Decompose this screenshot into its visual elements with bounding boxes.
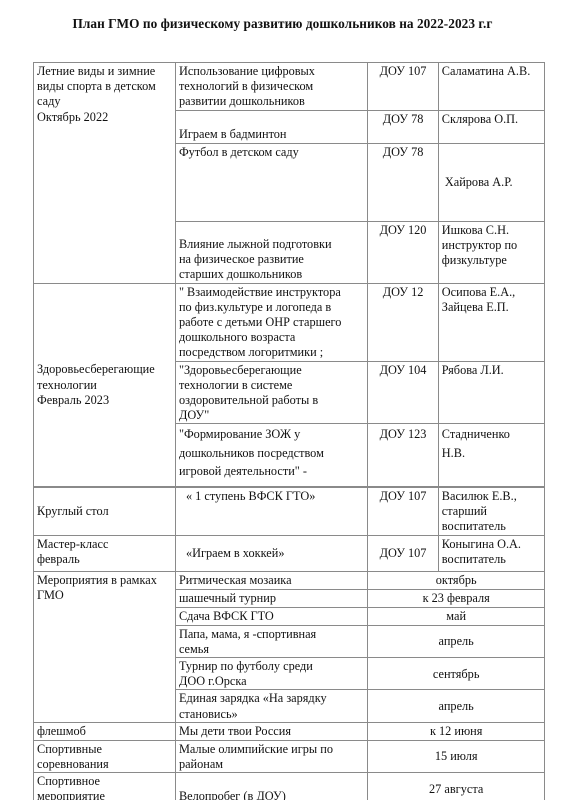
- document-title: План ГМО по физическому развитию дошколь…: [0, 16, 565, 32]
- category-cell-health: Здоровьесберегающие технологии Февраль 2…: [34, 283, 176, 487]
- event-line: ДОО г.Орска: [179, 674, 364, 689]
- category-line: Октябрь 2022: [37, 110, 172, 125]
- event-line: Сдача ВФСК ГТО: [179, 609, 364, 624]
- category-line: виды спорта в детском: [37, 79, 172, 94]
- category-line: соревнования: [37, 757, 172, 772]
- responsible-line: Саламатина А.В.: [442, 64, 541, 79]
- event-line: Папа, мама, я -спортивная: [179, 627, 364, 642]
- org-cell: ДОУ 104: [368, 361, 438, 424]
- event-name-cell: Единая зарядка «На зарядку становись»: [175, 690, 367, 722]
- responsible-line: Рябова Л.И.: [442, 363, 541, 378]
- topic-line: на физическое развитие: [179, 252, 364, 267]
- topic-line: дошкольников посредством: [179, 444, 364, 463]
- event-date-cell: 27 августа: [368, 773, 545, 800]
- event-date-cell: к 12 июня: [368, 722, 545, 740]
- responsible-line: воспитатель: [442, 519, 541, 534]
- responsible-line: Склярова О.П.: [442, 112, 541, 127]
- responsible-line: Стадниченко: [442, 425, 541, 444]
- responsible-line: Осипова Е.А.,: [442, 285, 541, 300]
- responsible-line: Коныгина О.А.: [442, 537, 541, 552]
- topic-line: Влияние лыжной подготовки: [179, 237, 364, 252]
- table-row: Мастер-класс февраль «Играем в хоккей» Д…: [34, 535, 545, 571]
- category-line: Февраль 2023: [37, 393, 172, 408]
- responsible-cell: Склярова О.П.: [438, 110, 544, 143]
- responsible-line: старший: [442, 504, 541, 519]
- event-name-cell: шашечный турнир: [175, 589, 367, 607]
- event-date-cell: май: [368, 607, 545, 625]
- topic-line: ДОУ": [179, 408, 364, 423]
- topic-line: игровой деятельности" -: [179, 462, 364, 481]
- category-cell-master-class: Мастер-класс февраль: [34, 535, 176, 571]
- topic-cell: "Здоровьесберегающие технологии в систем…: [175, 361, 367, 424]
- table-row: Летние виды и зимние виды спорта в детск…: [34, 63, 545, 111]
- responsible-line: Хайрова А.Р.: [442, 175, 541, 190]
- event-line: семья: [179, 642, 364, 657]
- category-cell-sport-event: Спортивное мероприятие: [34, 773, 176, 800]
- event-date-cell: 15 июля: [368, 740, 545, 772]
- event-name-cell: Мы дети твои Россия: [175, 722, 367, 740]
- category-line: февраль: [37, 552, 172, 567]
- table-row: Круглый стол « 1 ступень ВФСК ГТО» ДОУ 1…: [34, 487, 545, 535]
- category-line: флешмоб: [37, 724, 172, 739]
- event-name-cell: Ритмическая мозаика: [175, 571, 367, 589]
- event-line: Велопробег (в ДОУ): [179, 789, 364, 800]
- topic-line: технологий в физическом: [179, 79, 364, 94]
- event-line: Ритмическая мозаика: [179, 573, 364, 588]
- event-name-cell: Сдача ВФСК ГТО: [175, 607, 367, 625]
- org-cell: ДОУ 107: [368, 63, 438, 111]
- responsible-line: инструктор по: [442, 238, 541, 253]
- org-cell: ДОУ 78: [368, 110, 438, 143]
- event-date-cell: апрель: [368, 625, 545, 657]
- event-line: Единая зарядка «На зарядку: [179, 691, 364, 706]
- responsible-cell: Рябова Л.И.: [438, 361, 544, 424]
- org-cell: ДОУ 123: [368, 424, 438, 487]
- topic-cell: Футбол в детском саду: [175, 143, 367, 221]
- event-line: Турнир по футболу среди: [179, 659, 364, 674]
- category-cell-gmo-events: Мероприятия в рамках ГМО: [34, 571, 176, 722]
- topic-line: оздоровительной работы в: [179, 393, 364, 408]
- topic-line: Футбол в детском саду: [179, 145, 364, 160]
- responsible-line: Зайцева Е.П.: [442, 300, 541, 315]
- topic-cell: " Взаимодействие инструктора по физ.куль…: [175, 283, 367, 361]
- org-cell: ДОУ 78: [368, 143, 438, 221]
- event-name-cell: Турнир по футболу среди ДОО г.Орска: [175, 657, 367, 689]
- category-line: саду: [37, 94, 172, 109]
- plan-table: Летние виды и зимние виды спорта в детск…: [33, 62, 545, 800]
- table-row: Здоровьесберегающие технологии Февраль 2…: [34, 283, 545, 361]
- topic-line: "Здоровьесберегающие: [179, 363, 364, 378]
- event-line: районам: [179, 757, 364, 772]
- table-row: Спортивные соревнования Малые олимпийски…: [34, 740, 545, 772]
- topic-cell: Играем в бадминтон: [175, 110, 367, 143]
- event-name-cell: Велопробег (в ДОУ): [175, 773, 367, 800]
- event-date-cell: октябрь: [368, 571, 545, 589]
- responsible-cell: Осипова Е.А., Зайцева Е.П.: [438, 283, 544, 361]
- topic-cell: « 1 ступень ВФСК ГТО»: [175, 487, 367, 535]
- topic-cell: «Играем в хоккей»: [175, 535, 367, 571]
- responsible-line: физкультуре: [442, 253, 541, 268]
- event-name-cell: Малые олимпийские игры по районам: [175, 740, 367, 772]
- topic-line: посредством логоритмики ;: [179, 345, 364, 360]
- responsible-cell: Саламатина А.В.: [438, 63, 544, 111]
- responsible-cell: Ишкова С.Н. инструктор по физкультуре: [438, 221, 544, 283]
- org-cell: ДОУ 107: [368, 535, 438, 571]
- responsible-cell: Стадниченко Н.В.: [438, 424, 544, 487]
- category-line: Здоровьесберегающие: [37, 362, 172, 377]
- table-row: Спортивное мероприятие Велопробег (в ДОУ…: [34, 773, 545, 800]
- event-date-cell: сентябрь: [368, 657, 545, 689]
- event-line: Мы дети твои Россия: [179, 724, 364, 739]
- responsible-cell: Хайрова А.Р.: [438, 143, 544, 221]
- category-cell-flashmob: флешмоб: [34, 722, 176, 740]
- topic-line: работе с детьми ОНР старшего: [179, 315, 364, 330]
- responsible-line: воспитатель: [442, 552, 541, 567]
- category-cell-competitions: Спортивные соревнования: [34, 740, 176, 772]
- topic-line: Играем в бадминтон: [179, 127, 364, 142]
- category-line: мероприятие: [37, 789, 172, 800]
- responsible-cell: Василюк Е.В., старший воспитатель: [438, 487, 544, 535]
- category-line: Спортивное: [37, 774, 172, 789]
- table-row: Мероприятия в рамках ГМО Ритмическая моз…: [34, 571, 545, 589]
- topic-line: Использование цифровых: [179, 64, 364, 79]
- event-date-cell: апрель: [368, 690, 545, 722]
- event-line: Малые олимпийские игры по: [179, 742, 364, 757]
- org-cell: ДОУ 107: [368, 487, 438, 535]
- topic-line: дошкольного возраста: [179, 330, 364, 345]
- event-name-cell: Папа, мама, я -спортивная семья: [175, 625, 367, 657]
- category-line: Мероприятия в рамках: [37, 573, 172, 588]
- topic-line: " Взаимодействие инструктора: [179, 285, 364, 300]
- category-line: Спортивные: [37, 742, 172, 757]
- topic-cell: Влияние лыжной подготовки на физическое …: [175, 221, 367, 283]
- topic-line: технологии в системе: [179, 378, 364, 393]
- topic-cell: Использование цифровых технологий в физи…: [175, 63, 367, 111]
- event-line: шашечный турнир: [179, 591, 364, 606]
- table-row: флешмоб Мы дети твои Россия к 12 июня: [34, 722, 545, 740]
- org-cell: ДОУ 120: [368, 221, 438, 283]
- category-line: Круглый стол: [37, 504, 172, 519]
- category-line: технологии: [37, 378, 172, 393]
- category-line: Мастер-класс: [37, 537, 172, 552]
- topic-line: развитии дошкольников: [179, 94, 364, 109]
- responsible-line: Василюк Е.В.,: [442, 489, 541, 504]
- responsible-line: Н.В.: [442, 444, 541, 463]
- responsible-cell: Коныгина О.А. воспитатель: [438, 535, 544, 571]
- category-cell-summer-winter: Летние виды и зимние виды спорта в детск…: [34, 63, 176, 284]
- topic-line: старших дошкольников: [179, 267, 364, 282]
- event-date-cell: к 23 февраля: [368, 589, 545, 607]
- topic-cell: "Формирование ЗОЖ у дошкольников посредс…: [175, 424, 367, 487]
- category-cell-round-table: Круглый стол: [34, 487, 176, 535]
- responsible-line: Ишкова С.Н.: [442, 223, 541, 238]
- category-line: Летние виды и зимние: [37, 64, 172, 79]
- category-line: ГМО: [37, 588, 172, 603]
- topic-line: "Формирование ЗОЖ у: [179, 425, 364, 444]
- topic-line: по физ.культуре и логопеда в: [179, 300, 364, 315]
- event-line: становись»: [179, 707, 364, 722]
- org-cell: ДОУ 12: [368, 283, 438, 361]
